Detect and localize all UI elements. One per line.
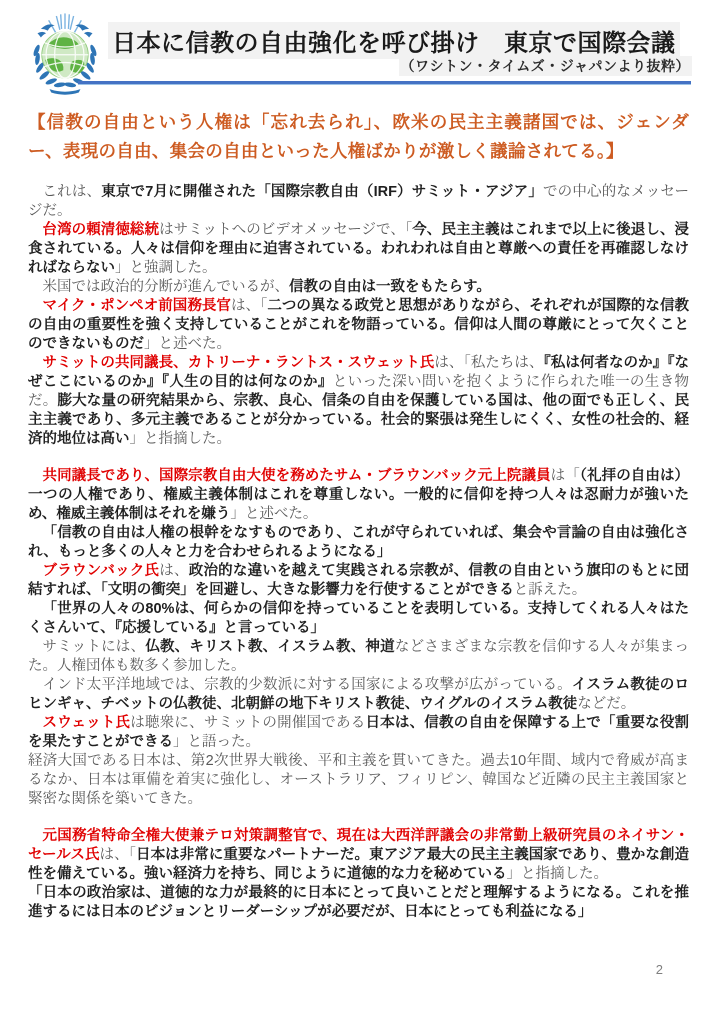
paragraph: マイク・ポンペオ前国務長官は、「二つの異なる政党と思想がありながら、それぞれが国… <box>28 297 689 354</box>
text-span: 」と述べた。 <box>144 336 231 352</box>
paragraph: 米国では政治的分断が進んでいるが、信教の自由は一致をもたらす。 <box>28 278 689 297</box>
paragraph: 経済大国である日本は、第2次世界大戦後、平和主義を貫いてきた。過去10年間、域内… <box>28 752 689 809</box>
person-name-text: ブラウンバック氏 <box>43 563 160 579</box>
text-span: は、「 <box>100 847 136 863</box>
person-name-text: サミットの共同議長、カトリーナ・ラントス・スウェット氏 <box>43 355 435 371</box>
person-name-text: スウェット氏 <box>43 715 131 731</box>
paragraph: ブラウンバック氏は、政治的な違いを越えて実践される宗教が、信教の自由という旗印の… <box>28 562 689 600</box>
person-name-text: 台湾の頼清徳総統 <box>43 222 160 238</box>
text-span: 経済大国である日本は、第2次世界大戦後、平和主義を貫いてきた。過去10年間、域内… <box>28 753 689 807</box>
text-span: 仏教、キリスト教、イスラム教、神道 <box>145 639 395 655</box>
text-span: は「 <box>551 468 580 484</box>
lead-headline: 【信教の自由という人権は「忘れ去られ」、欧米の民主主義諸国では、ジェンダー、表現… <box>28 108 689 166</box>
person-name-text: 共同議長であり、国際宗教自由大使を務めたサム・ブラウンバック元上院議員 <box>43 468 551 484</box>
text-span: は、「私たちは、 <box>434 355 543 371</box>
paragraph: 台湾の頼清徳総統はサミットへのビデオメッセージで、「今、民主主義はこれまで以上に… <box>28 221 689 278</box>
text-span: これは、 <box>43 184 102 200</box>
text-span: 」と強調した。 <box>115 260 217 276</box>
paragraph: スウェット氏は聴衆に、サミットの開催国である日本は、信教の自由を保障する上で「重… <box>28 714 689 752</box>
source-attribution: （ワシトン・タイムズ・ジャパンより抜粋） <box>399 56 692 76</box>
paragraph: 「日本の政治家は、道徳的な力が最終的に日本にとって良いことだと理解するようになる… <box>28 884 689 922</box>
paragraph: 共同議長であり、国際宗教自由大使を務めたサム・ブラウンバック元上院議員は「（礼拝… <box>28 467 689 524</box>
text-span: 信教の自由は一致をもたらす。 <box>289 279 491 295</box>
page-title: 日本に信教の自由強化を呼び掛け 東京で国際会議 <box>108 22 680 59</box>
paragraph: インド太平洋地域では、宗教的少数派に対する国家による攻撃が広がっている。イスラム… <box>28 676 689 714</box>
text-span: 東京で7月に開催された「国際宗教自由（IRF）サミット・アジア」 <box>101 184 543 200</box>
text-span: 膨大な量の研究結果から、宗教、良心、信条の自由を保護している国は、他の面でも正し… <box>28 393 689 447</box>
paragraph: サミットには、仏教、キリスト教、イスラム教、神道などさまざまな宗教を信仰する人々… <box>28 638 689 676</box>
text-span: はサミットへのビデオメッセージで、「 <box>159 222 412 238</box>
article-body: これは、東京で7月に開催された「国際宗教自由（IRF）サミット・アジア」での中心… <box>28 183 689 922</box>
paragraph: 「信教の自由は人権の根幹をなすものであり、これが守られていれば、集会や言論の自由… <box>28 524 689 562</box>
page-number: 2 <box>656 962 663 977</box>
text-span: は、 <box>159 563 188 579</box>
text-span: は聴衆に、サミットの開催国である <box>130 715 365 731</box>
text-span: 「日本の政治家は、道徳的な力が最終的に日本にとって良いことだと理解するようになる… <box>28 885 689 920</box>
text-span: 「信教の自由は人権の根幹をなすものであり、これが守られていれば、集会や言論の自由… <box>28 525 689 560</box>
text-span: 」と語った。 <box>173 734 260 750</box>
paragraph: 「世界の人々の80%は、何らかの信仰を持っていることを表明している。支持してくれ… <box>28 600 689 638</box>
text-span: と訴えた。 <box>514 582 587 598</box>
paragraph: 元国務省特命全権大使兼テロ対策調整官で、現在は大西洋評議会の非常勤上級研究員のネ… <box>28 827 689 884</box>
text-span: インド太平洋地域では、宗教的少数派に対する国家による攻撃が広がっている。 <box>43 677 572 693</box>
header-divider <box>78 81 691 85</box>
text-span: などだ。 <box>577 696 635 712</box>
paragraph: サミットの共同議長、カトリーナ・ラントス・スウェット氏は、「私たちは、『私は何者… <box>28 354 689 449</box>
text-span: は、「 <box>231 298 267 314</box>
text-span: サミットには、 <box>43 639 146 655</box>
document-page: 日本に信教の自由強化を呼び掛け 東京で国際会議 （ワシトン・タイムズ・ジャパンよ… <box>0 0 709 1024</box>
text-span: 」と述べた。 <box>230 506 317 522</box>
text-span: 」と指摘した。 <box>507 866 609 882</box>
paragraph: これは、東京で7月に開催された「国際宗教自由（IRF）サミット・アジア」での中心… <box>28 183 689 221</box>
text-span: 「世界の人々の80%は、何らかの信仰を持っていることを表明している。支持してくれ… <box>28 601 689 636</box>
text-span: 」と指摘した。 <box>130 431 232 447</box>
person-name-text: マイク・ポンペオ前国務長官 <box>43 298 231 314</box>
document-header: 日本に信教の自由強化を呼び掛け 東京で国際会議 （ワシトン・タイムズ・ジャパンよ… <box>0 0 709 102</box>
text-span: 米国では政治的分断が進んでいるが、 <box>43 279 290 295</box>
